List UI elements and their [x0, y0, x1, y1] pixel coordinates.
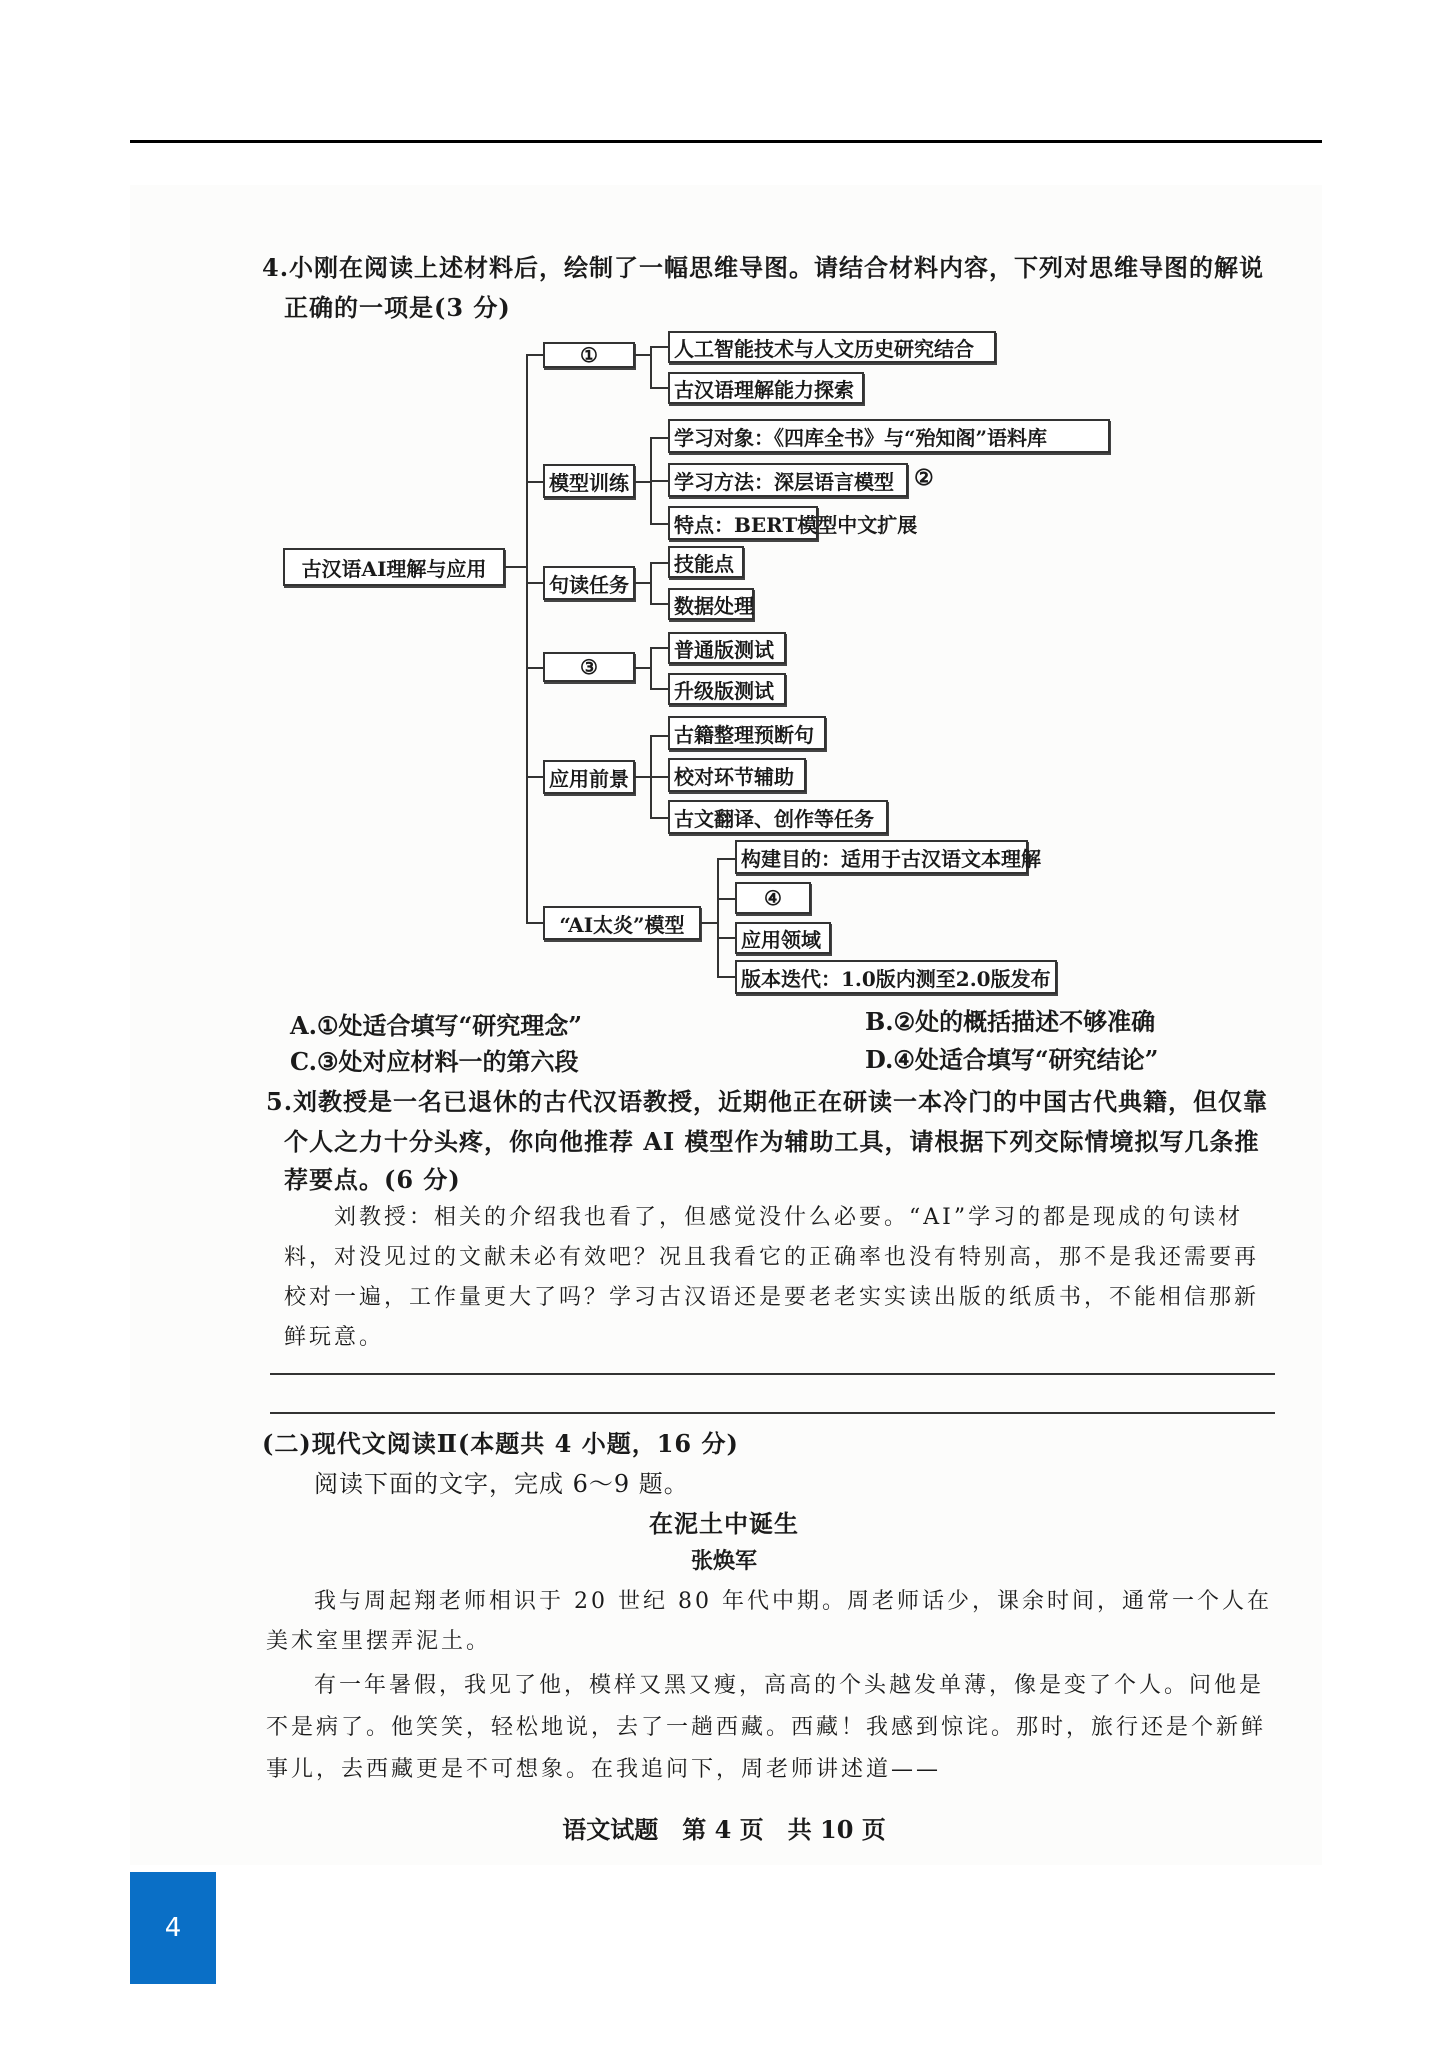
connector — [505, 566, 527, 568]
connector — [526, 354, 543, 356]
leaf: 人工智能技术与人文历史研究结合 — [668, 331, 996, 363]
connector — [717, 976, 735, 978]
leaf: 应用领域 — [735, 922, 831, 954]
trunk-line — [526, 354, 528, 924]
connector — [526, 922, 543, 924]
q5-stem-line3: 荐要点。(6 分) — [284, 1160, 461, 1195]
page-number-badge: 4 — [130, 1872, 216, 1984]
para2-line1: 有一年暑假，我见了他，模样又黑又瘦，高高的个头越发单薄，像是变了个人。问他是 — [314, 1668, 1264, 1699]
connector — [650, 647, 668, 649]
connector — [717, 858, 735, 860]
branch-punctuation-task: 句读任务 — [543, 566, 635, 600]
connector — [635, 481, 651, 483]
leaf: 古文翻译、创作等任务 — [668, 800, 888, 834]
branch-ai-taiyan-model: “AI太炎”模型 — [543, 906, 701, 940]
branch-1-blank: ① — [543, 342, 635, 368]
connector — [650, 817, 668, 819]
connector — [650, 346, 652, 388]
q4-stem-line1: 4.小刚在阅读上述材料后，绘制了一幅思维导图。请结合材料内容，下列对思维导图的解… — [262, 248, 1264, 283]
page-footer: 语文试题 第 4 页 共 10 页 — [0, 1810, 1448, 1845]
connector — [526, 481, 543, 483]
quote-line3: 校对一遍，工作量更大了吗？学习古汉语还是要老老实实读出版的纸质书，不能相信那新 — [284, 1280, 1259, 1311]
connector — [701, 922, 718, 924]
para2-line3: 事儿，去西藏更是不可想象。在我追问下，周老师讲述道—— — [266, 1752, 941, 1783]
connector — [650, 735, 668, 737]
connector — [717, 898, 735, 900]
para1-line2: 美术室里摆弄泥土。 — [266, 1624, 491, 1655]
leaf: 普通版测试 — [668, 632, 786, 664]
q4-stem-line2: 正确的一项是(3 分) — [284, 288, 511, 323]
para1-line1: 我与周起翔老师相识于 20 世纪 80 年代中期。周老师话少，课余时间，通常一个… — [314, 1584, 1272, 1615]
branch-3-blank: ③ — [543, 652, 635, 682]
mindmap-root: 古汉语AI理解与应用 — [283, 548, 505, 586]
connector — [650, 480, 668, 482]
connector — [650, 523, 668, 525]
leaf: 构建目的：适用于古汉语文本理解 — [735, 840, 1028, 874]
option-a[interactable]: A.①处适合填写“研究理念” — [290, 1006, 582, 1041]
blank-marker-2: ② — [914, 465, 934, 491]
connector — [650, 346, 668, 348]
connector — [650, 437, 668, 439]
q5-stem-line2: 个人之力十分头疼，你向他推荐 AI 模型作为辅助工具，请根据下列交际情境拟写几条… — [284, 1122, 1260, 1157]
article-title: 在泥土中诞生 — [0, 1504, 1448, 1539]
connector — [650, 776, 668, 778]
branch-model-training: 模型训练 — [543, 464, 635, 498]
quote-line1: 刘教授：相关的介绍我也看了，但感觉没什么必要。“AI”学习的都是现成的句读材 — [334, 1200, 1243, 1231]
leaf-blank-4: ④ — [735, 882, 811, 914]
leaf: 升级版测试 — [668, 673, 786, 705]
connector — [650, 562, 652, 604]
connector — [526, 776, 543, 778]
header-rule — [130, 140, 1322, 143]
connector — [635, 776, 651, 778]
branch-application-prospects: 应用前景 — [543, 760, 635, 794]
connector — [650, 562, 668, 564]
article-author: 张焕军 — [0, 1544, 1448, 1575]
connector — [526, 582, 543, 584]
quote-line4: 鲜玩意。 — [284, 1320, 384, 1351]
leaf: 古汉语理解能力探索 — [668, 372, 864, 404]
answer-line-1[interactable] — [270, 1373, 1275, 1375]
option-b[interactable]: B.②处的概括描述不够准确 — [865, 1002, 1155, 1037]
quote-line2: 料，对没见过的文献未必有效吧？况且我看它的正确率也没有特别高，那不是我还需要再 — [284, 1240, 1259, 1271]
section-heading: (二)现代文阅读Ⅱ(本题共 4 小题，16 分) — [262, 1424, 739, 1459]
leaf: 学习对象：《四库全书》与“殆知阁”语料库 — [668, 419, 1110, 453]
q5-stem-line1: 5.刘教授是一名已退休的古代汉语教授，近期他正在研读一本冷门的中国古代典籍，但仅… — [266, 1082, 1268, 1117]
para2-line2: 不是病了。他笑笑，轻松地说，去了一趟西藏。西藏！我感到惊诧。那时，旅行还是个新鲜 — [266, 1710, 1266, 1741]
connector — [635, 354, 651, 356]
leaf: 技能点 — [668, 546, 744, 578]
leaf: 古籍整理预断句 — [668, 716, 826, 750]
leaf: 版本迭代：1.0版内测至2.0版发布 — [735, 960, 1057, 994]
leaf: 校对环节辅助 — [668, 758, 806, 792]
connector — [717, 858, 719, 978]
answer-line-2[interactable] — [270, 1412, 1275, 1414]
connector — [635, 582, 651, 584]
leaf: 特点：BERT模型中文扩展 — [668, 506, 818, 540]
connector — [650, 387, 668, 389]
connector — [717, 937, 735, 939]
section-instruction: 阅读下面的文字，完成 6～9 题。 — [314, 1464, 689, 1499]
connector — [650, 603, 668, 605]
connector — [635, 667, 651, 669]
leaf: 学习方法：深层语言模型 — [668, 463, 908, 497]
connector — [526, 667, 543, 669]
leaf: 数据处理 — [668, 588, 754, 620]
connector — [650, 647, 652, 689]
connector — [650, 688, 668, 690]
option-c[interactable]: C.③处对应材料一的第六段 — [290, 1042, 579, 1077]
option-d[interactable]: D.④处适合填写“研究结论” — [865, 1040, 1158, 1075]
